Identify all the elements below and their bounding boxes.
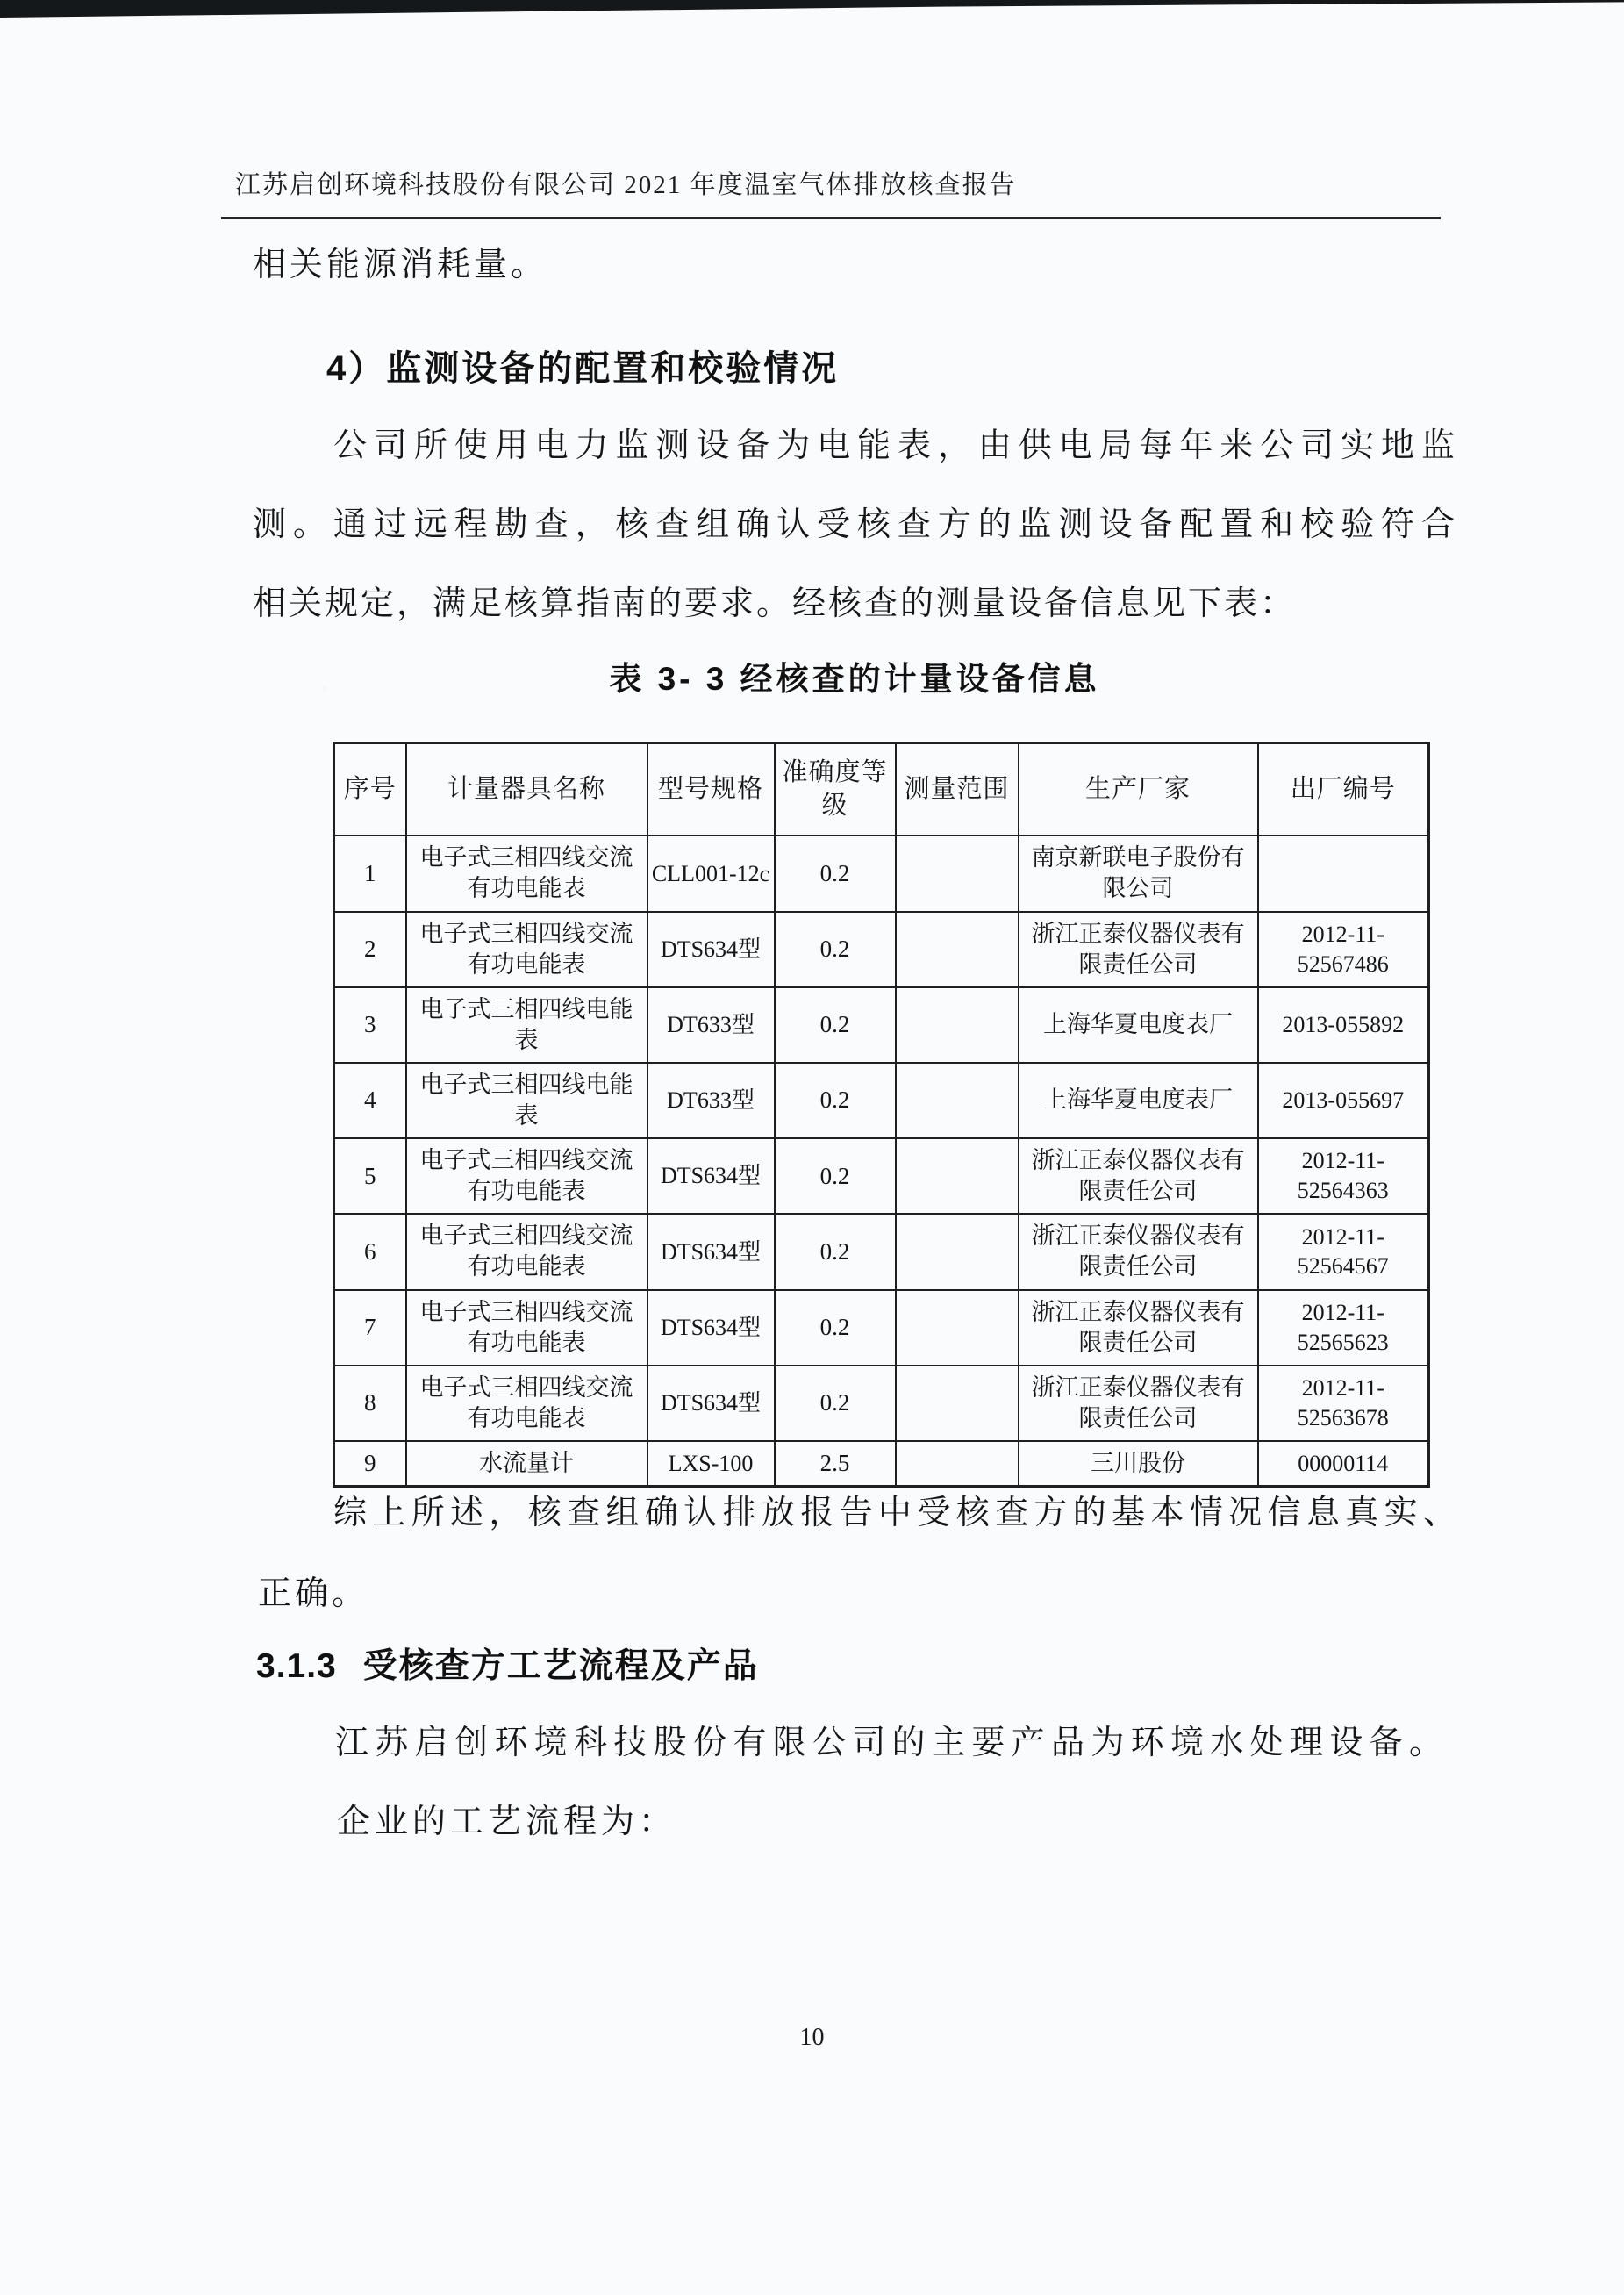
paragraph-product: 江苏启创环境科技股份有限公司的主要产品为环境水处理设备。 bbox=[335, 1724, 1442, 1764]
table-cell bbox=[1258, 836, 1429, 911]
devices-table-head: 序号计量器具名称型号规格准确度等级测量范围生产厂家出厂编号 bbox=[334, 743, 1429, 836]
table-cell: 浙江正泰仪器仪表有限责任公司 bbox=[1019, 1214, 1258, 1289]
table-row: 3电子式三相四线电能表DT633型0.2上海华夏电度表厂2013-055892 bbox=[334, 987, 1429, 1063]
paragraph-monitor-line1: 公司所使用电力监测设备为电能表，由供电局每年来公司实地监 bbox=[333, 427, 1455, 467]
table-cell: 电子式三相四线交流有功电能表 bbox=[406, 912, 647, 987]
table-cell: DTS634型 bbox=[647, 1214, 775, 1289]
table-cell: 水流量计 bbox=[406, 1441, 647, 1487]
paragraph-process-flow: 企业的工艺流程为： bbox=[337, 1803, 676, 1843]
table-cell: 2012-11-52563678 bbox=[1258, 1366, 1429, 1441]
table-cell: DTS634型 bbox=[647, 1290, 775, 1366]
table-cell: 电子式三相四线交流有功电能表 bbox=[406, 1290, 647, 1366]
table-header-cell: 计量器具名称 bbox=[406, 743, 647, 836]
table-cell: 上海华夏电度表厂 bbox=[1019, 1063, 1258, 1138]
table-cell bbox=[896, 912, 1019, 987]
table-header-cell: 型号规格 bbox=[647, 743, 775, 836]
document-page: 江苏启创环境科技股份有限公司 2021 年度温室气体排放核查报告 相关能源消耗量… bbox=[0, 0, 1624, 2295]
table-header-row: 序号计量器具名称型号规格准确度等级测量范围生产厂家出厂编号 bbox=[334, 743, 1429, 836]
paragraph-summary-line2: 正确。 bbox=[258, 1574, 368, 1615]
table-cell: 0.2 bbox=[775, 1138, 896, 1214]
paragraph-intro: 相关能源消耗量。 bbox=[253, 246, 547, 286]
table-cell: 00000114 bbox=[1258, 1441, 1429, 1487]
table-cell: 上海华夏电度表厂 bbox=[1019, 987, 1258, 1063]
table-cell: 5 bbox=[334, 1138, 406, 1214]
table-cell: 0.2 bbox=[775, 1366, 896, 1441]
table-row: 7电子式三相四线交流有功电能表DTS634型0.2浙江正泰仪器仪表有限责任公司2… bbox=[334, 1290, 1429, 1366]
table-cell: 7 bbox=[334, 1290, 406, 1366]
table-cell: DT633型 bbox=[647, 987, 775, 1063]
table-cell bbox=[896, 1214, 1019, 1289]
table-cell: DTS634型 bbox=[647, 912, 775, 987]
header-rule bbox=[221, 217, 1441, 219]
table-cell: 浙江正泰仪器仪表有限责任公司 bbox=[1019, 1290, 1258, 1366]
table-cell: 9 bbox=[334, 1441, 406, 1487]
table-row: 9水流量计LXS-1002.5三川股份00000114 bbox=[334, 1441, 1429, 1487]
table-cell: 3 bbox=[334, 987, 406, 1063]
table-cell: 0.2 bbox=[775, 987, 896, 1063]
table-cell: 0.2 bbox=[775, 836, 896, 911]
table-cell: DTS634型 bbox=[647, 1366, 775, 1441]
table-cell: 0.2 bbox=[775, 912, 896, 987]
table-row: 8电子式三相四线交流有功电能表DTS634型0.2浙江正泰仪器仪表有限责任公司2… bbox=[334, 1366, 1429, 1441]
table-header-cell: 生产厂家 bbox=[1019, 743, 1258, 836]
table-cell: 0.2 bbox=[775, 1063, 896, 1138]
table-row: 5电子式三相四线交流有功电能表DTS634型0.2浙江正泰仪器仪表有限责任公司2… bbox=[334, 1138, 1429, 1214]
table-header-cell: 测量范围 bbox=[896, 743, 1019, 836]
heading-monitoring-equipment: 4）监测设备的配置和校验情况 bbox=[326, 348, 839, 390]
table-cell: 电子式三相四线交流有功电能表 bbox=[406, 836, 647, 911]
table-row: 6电子式三相四线交流有功电能表DTS634型0.2浙江正泰仪器仪表有限责任公司2… bbox=[334, 1214, 1429, 1289]
table-row: 2电子式三相四线交流有功电能表DTS634型0.2浙江正泰仪器仪表有限责任公司2… bbox=[334, 912, 1429, 987]
table-row: 4电子式三相四线电能表DT633型0.2上海华夏电度表厂2013-055697 bbox=[334, 1063, 1429, 1138]
page-header-title: 江苏启创环境科技股份有限公司 2021 年度温室气体排放核查报告 bbox=[235, 165, 1017, 201]
table-cell: LXS-100 bbox=[647, 1441, 775, 1487]
heading-section-title: 受核查方工艺流程及产品 bbox=[363, 1647, 759, 1685]
paragraph-monitor-line3: 相关规定，满足核算指南的要求。经核查的测量设备信息见下表： bbox=[253, 585, 1296, 625]
table-cell: 浙江正泰仪器仪表有限责任公司 bbox=[1019, 1366, 1258, 1441]
table-cell: CLL001-12c bbox=[647, 836, 775, 911]
table-cell: 电子式三相四线电能表 bbox=[406, 987, 647, 1063]
table-cell: 2012-11-52564567 bbox=[1258, 1214, 1429, 1289]
table-cell: 0.2 bbox=[775, 1214, 896, 1289]
heading-section-number: 3.1.3 bbox=[256, 1647, 337, 1685]
table-cell: 电子式三相四线电能表 bbox=[406, 1063, 647, 1138]
table-cell: 浙江正泰仪器仪表有限责任公司 bbox=[1019, 1138, 1258, 1214]
table-cell: 2013-055697 bbox=[1258, 1063, 1429, 1138]
table-cell bbox=[896, 987, 1019, 1063]
scan-edge-artifact bbox=[0, 0, 1624, 18]
table-cell: 电子式三相四线交流有功电能表 bbox=[406, 1214, 647, 1289]
table-cell: 2012-11-52565623 bbox=[1258, 1290, 1429, 1366]
table-caption: 表 3- 3 经核查的计量设备信息 bbox=[253, 660, 1456, 699]
devices-table: 序号计量器具名称型号规格准确度等级测量范围生产厂家出厂编号 1电子式三相四线交流… bbox=[333, 742, 1430, 1488]
table-cell: 2013-055892 bbox=[1258, 987, 1429, 1063]
table-cell: 6 bbox=[334, 1214, 406, 1289]
table-cell bbox=[896, 1441, 1019, 1487]
heading-process-and-products: 3.1.3受核查方工艺流程及产品 bbox=[256, 1646, 759, 1688]
table-cell: 浙江正泰仪器仪表有限责任公司 bbox=[1019, 912, 1258, 987]
table-cell: 三川股份 bbox=[1019, 1441, 1258, 1487]
table-cell: 2.5 bbox=[775, 1441, 896, 1487]
table-cell bbox=[896, 1366, 1019, 1441]
table-cell: 2 bbox=[334, 912, 406, 987]
table-cell: 1 bbox=[334, 836, 406, 911]
table-cell bbox=[896, 836, 1019, 911]
table-cell: 8 bbox=[334, 1366, 406, 1441]
table-cell: 南京新联电子股份有限公司 bbox=[1019, 836, 1258, 911]
table-cell bbox=[896, 1063, 1019, 1138]
table-cell: 电子式三相四线交流有功电能表 bbox=[406, 1366, 647, 1441]
table-header-cell: 准确度等级 bbox=[775, 743, 896, 836]
table-cell: DTS634型 bbox=[647, 1138, 775, 1214]
table-cell: 2012-11-52567486 bbox=[1258, 912, 1429, 987]
table-header-cell: 序号 bbox=[334, 743, 406, 836]
table-cell: 2012-11-52564363 bbox=[1258, 1138, 1429, 1214]
table-cell: 0.2 bbox=[775, 1290, 896, 1366]
table-header-cell: 出厂编号 bbox=[1258, 743, 1429, 836]
table-cell: DT633型 bbox=[647, 1063, 775, 1138]
table-cell bbox=[896, 1290, 1019, 1366]
paragraph-summary-line1: 综上所述，核查组确认排放报告中受核查方的基本情况信息真实、 bbox=[333, 1494, 1456, 1534]
table-cell: 4 bbox=[334, 1063, 406, 1138]
devices-table-body: 1电子式三相四线交流有功电能表CLL001-12c0.2南京新联电子股份有限公司… bbox=[334, 836, 1429, 1486]
table-cell bbox=[896, 1138, 1019, 1214]
table-cell: 电子式三相四线交流有功电能表 bbox=[406, 1138, 647, 1214]
page-number: 10 bbox=[0, 2024, 1624, 2052]
table-row: 1电子式三相四线交流有功电能表CLL001-12c0.2南京新联电子股份有限公司 bbox=[334, 836, 1429, 911]
paragraph-monitor-line2: 测。通过远程勘查，核查组确认受核查方的监测设备配置和校验符合 bbox=[253, 506, 1455, 546]
